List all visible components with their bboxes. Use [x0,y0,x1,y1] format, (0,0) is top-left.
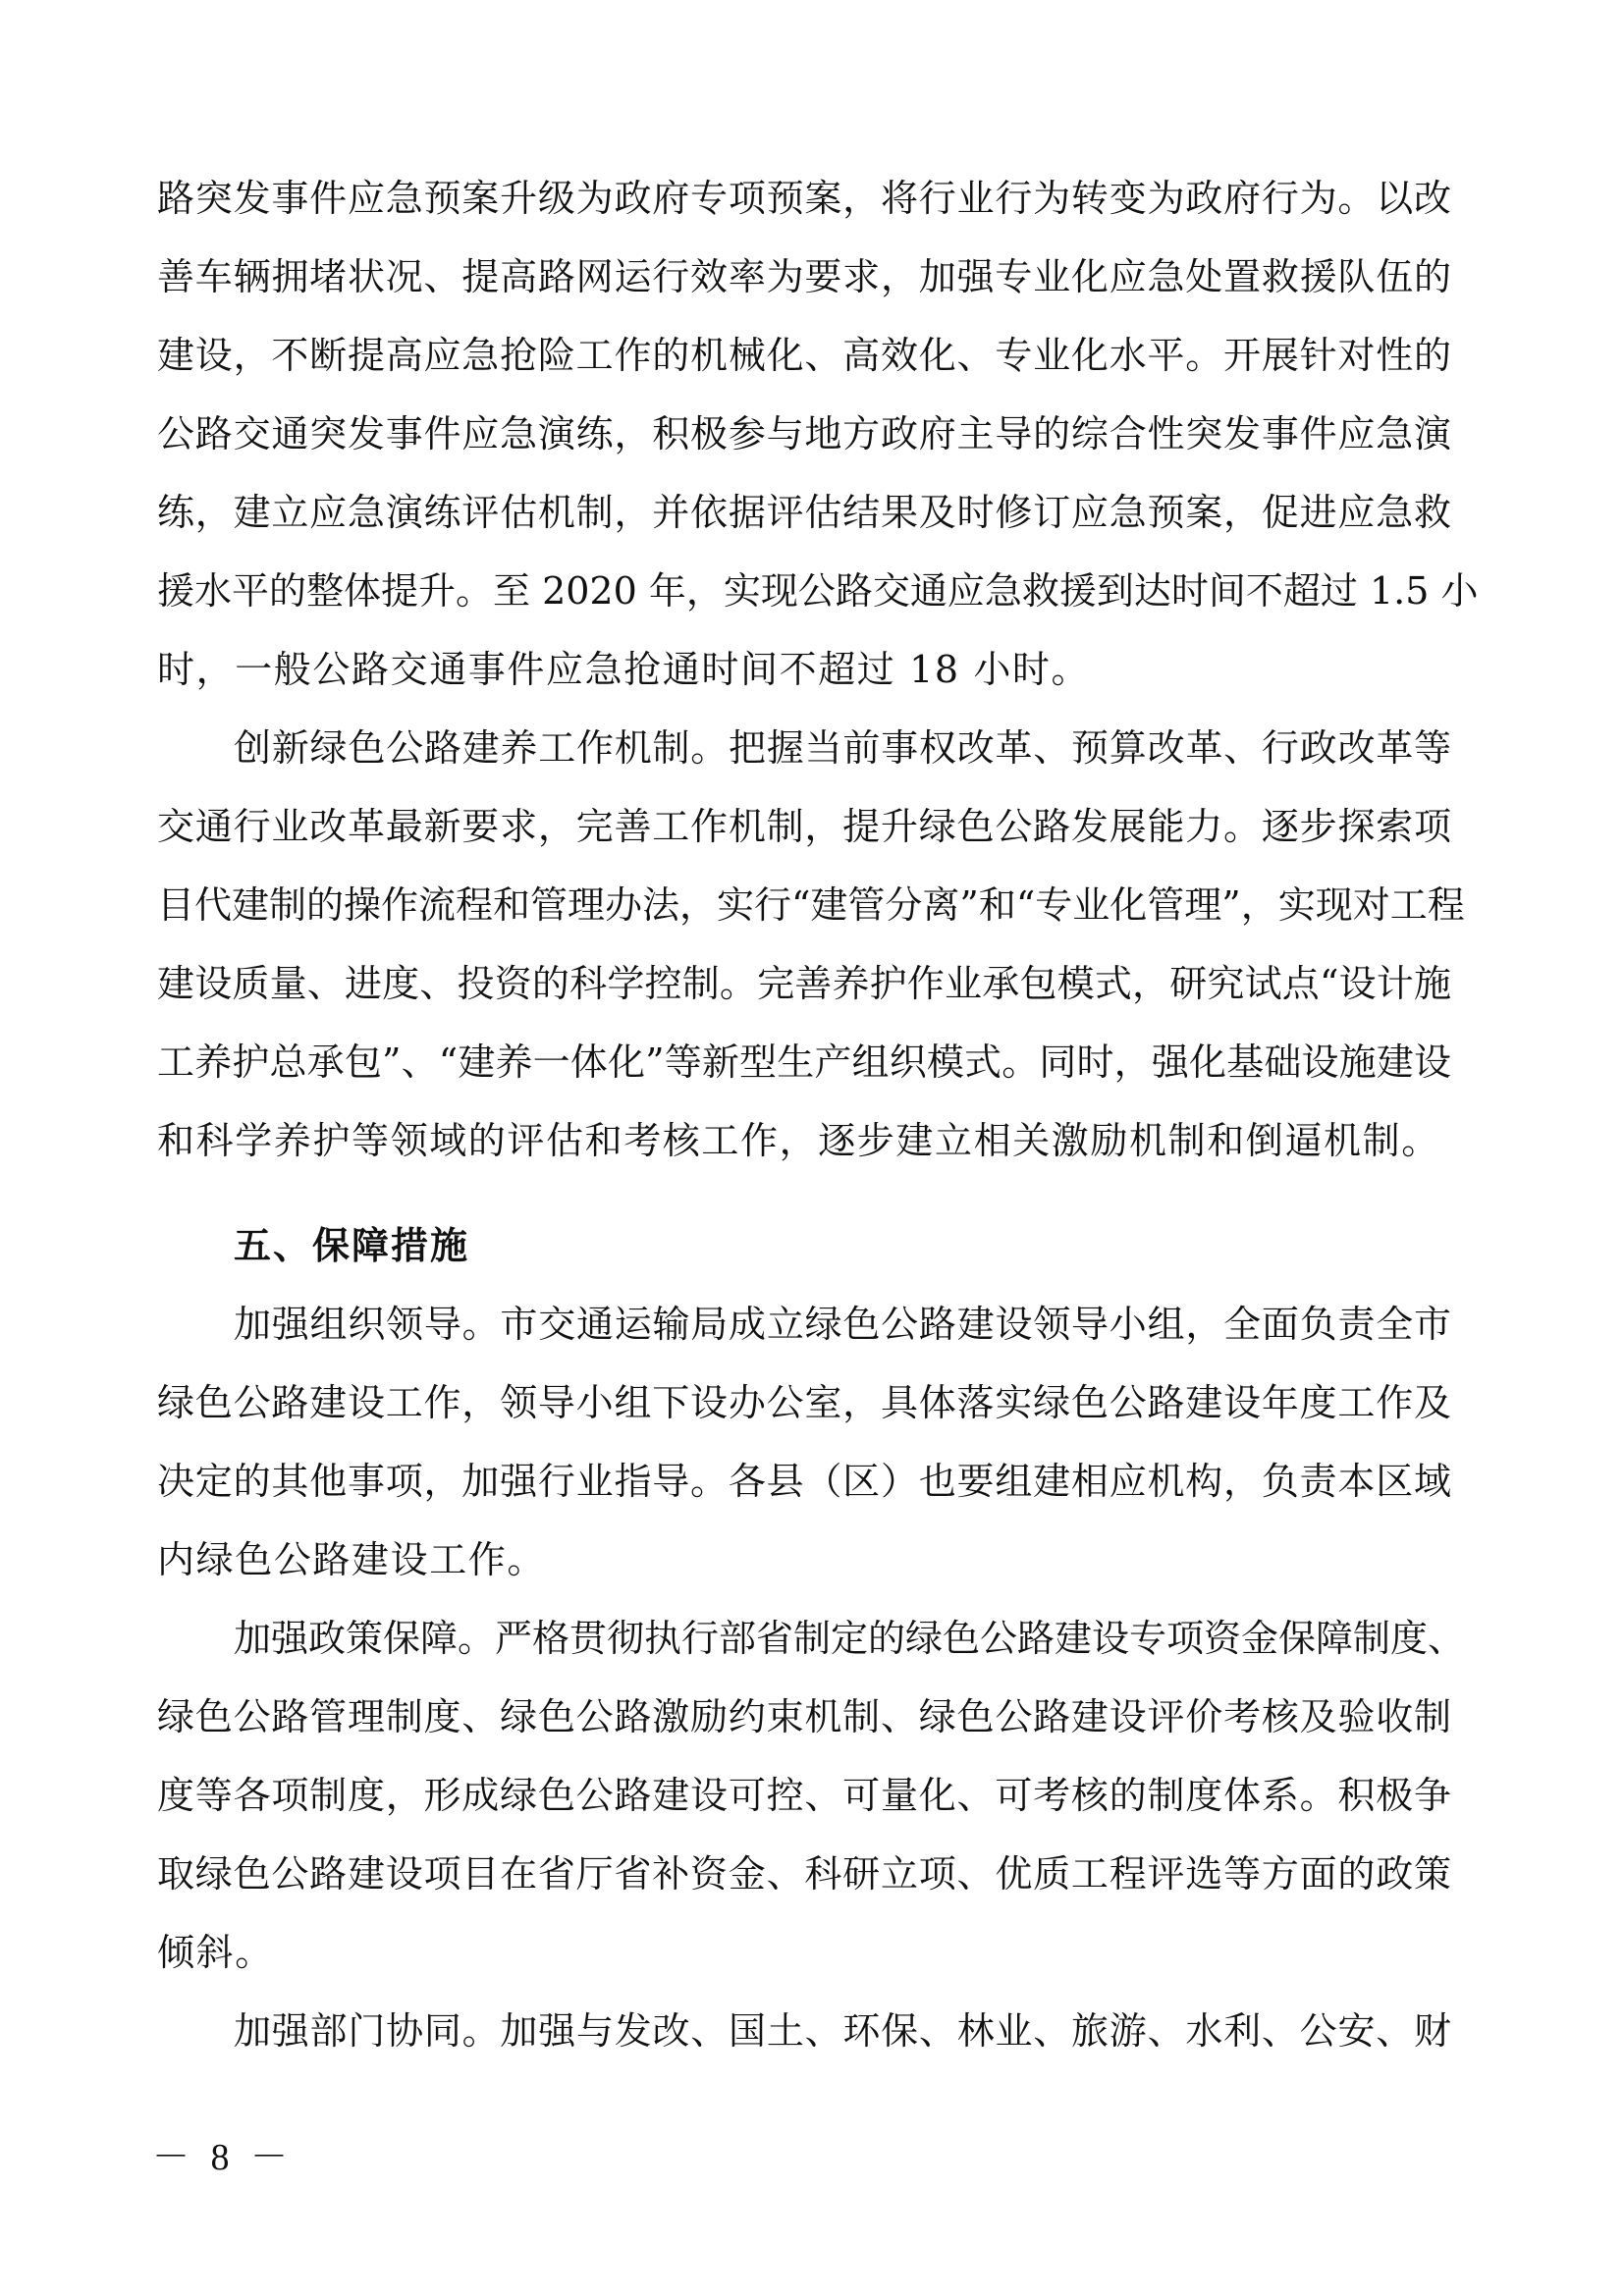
paragraph-first-line: 加强政策保障。严格贯彻执行部省制定的绿色公路建设专项资金保障制度、 [234,1617,1451,1660]
paragraph-line: 和科学养护等领域的评估和考核工作，逐步建立相关激励机制和倒逼机制。 [157,1119,1451,1162]
paragraph-line: 建设，不断提高应急抢险工作的机械化、高效化、专业化水平。开展针对性的 [157,334,1451,377]
paragraph-line: 取绿色公路建设项目在省厅省补资金、科研立项、优质工程评选等方面的政策 [157,1852,1451,1896]
paragraph-line: 内绿色公路建设工作。 [157,1538,1451,1581]
paragraph-line: 目代建制的操作流程和管理办法，实行“建管分离”和“专业化管理”，实现对工程 [157,883,1451,927]
paragraph-first-line: 加强部门协同。加强与发改、国土、环保、林业、旅游、水利、公安、财 [234,2009,1451,2053]
paragraph-line: 绿色公路建设工作，领导小组下设办公室，具体落实绿色公路建设年度工作及 [157,1381,1451,1424]
paragraph-line: 练，建立应急演练评估机制，并依据评估结果及时修订应急预案，促进应急救 [157,491,1451,534]
paragraph-first-line: 创新绿色公路建养工作机制。把握当前事权改革、预算改革、行政改革等 [234,726,1451,770]
paragraph-line: 交通行业改革最新要求，完善工作机制，提升绿色公路发展能力。逐步探索项 [157,805,1451,848]
paragraph-line: 公路交通突发事件应急演练，积极参与地方政府主导的综合性突发事件应急演 [157,412,1451,455]
paragraph-line: 时，一般公路交通事件应急抢通时间不超过 18 小时。 [157,648,1451,691]
paragraph-line: 路突发事件应急预案升级为政府专项预案，将行业行为转变为政府行为。以改 [157,177,1451,220]
paragraph-line: 建设质量、进度、投资的科学控制。完善养护作业承包模式，研究试点“设计施 [157,962,1451,1005]
paragraph-line: 工养护总承包”、“建养一体化”等新型生产组织模式。同时，强化基础设施建设 [157,1041,1451,1084]
paragraph-line: 度等各项制度，形成绿色公路建设可控、可量化、可考核的制度体系。积极争 [157,1774,1451,1817]
paragraph-line: 倾斜。 [157,1931,1451,1974]
paragraph-line: 决定的其他事项，加强行业指导。各县（区）也要组建相应机构，负责本区域 [157,1460,1451,1503]
section-heading: 五、保障措施 [234,1224,469,1267]
document-page: 路突发事件应急预案升级为政府专项预案，将行业行为转变为政府行为。以改 善车辆拥堵… [0,0,1624,2296]
paragraph-line: 善车辆拥堵状况、提高路网运行效率为要求，加强专业化应急处置救援队伍的 [157,255,1451,298]
page-number: － 8 － [152,2136,294,2179]
paragraph-line: 援水平的整体提升。至 2020 年，实现公路交通应急救援到达时间不超过 1.5 … [157,569,1451,613]
paragraph-first-line: 加强组织领导。市交通运输局成立绿色公路建设领导小组，全面负责全市 [234,1303,1451,1346]
paragraph-line: 绿色公路管理制度、绿色公路激励约束机制、绿色公路建设评价考核及验收制 [157,1695,1451,1738]
